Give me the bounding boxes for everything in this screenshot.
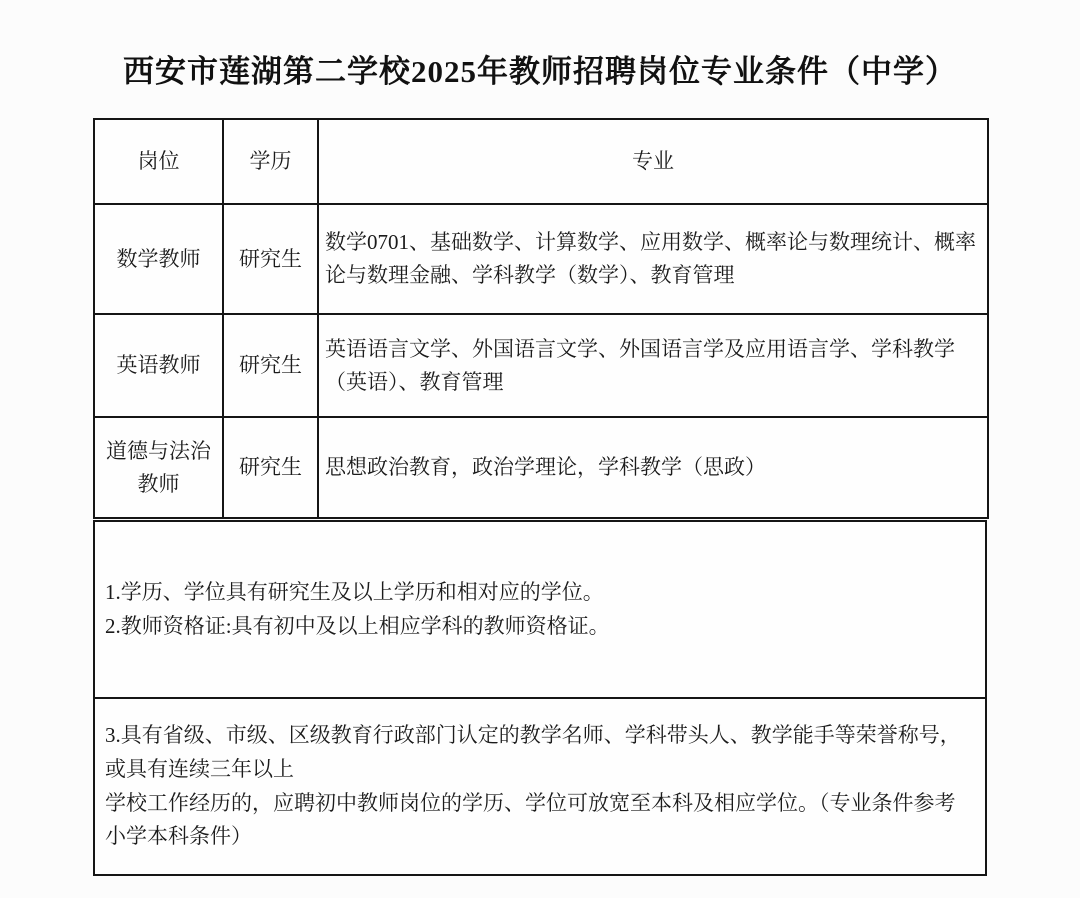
table-row: 英语教师 研究生 英语语言文学、外国语言文学、外国语言学及应用语言学、学科教学（… (94, 314, 988, 417)
page-title: 西安市莲湖第二学校2025年教师招聘岗位专业条件（中学） (0, 46, 1080, 91)
header-cell-position: 岗位 (94, 119, 223, 204)
table-row: 道德与法治教师 研究生 思想政治教育，政治学理论，学科教学（思政） (94, 417, 988, 518)
degree-cell: 研究生 (223, 314, 318, 417)
table-header-row: 岗位 学历 专业 (94, 119, 988, 204)
table-row: 数学教师 研究生 数学0701、基础数学、计算数学、应用数学、概率论与数理统计、… (94, 204, 988, 314)
major-cell: 英语语言文学、外国语言文学、外国语言学及应用语言学、学科教学（英语）、教育管理 (318, 314, 988, 417)
degree-cell: 研究生 (223, 204, 318, 314)
position-cell: 道德与法治教师 (94, 417, 223, 518)
header-cell-degree: 学历 (223, 119, 318, 204)
header-cell-major: 专业 (318, 119, 988, 204)
major-cell: 思想政治教育，政治学理论，学科教学（思政） (318, 417, 988, 518)
position-cell: 数学教师 (94, 204, 223, 314)
major-cell: 数学0701、基础数学、计算数学、应用数学、概率论与数理统计、概率论与数理金融、… (318, 204, 988, 314)
note-text: 1.学历、学位具有研究生及以上学历和相对应的学位。 2.教师资格证:具有初中及以… (105, 576, 610, 643)
note-block-relaxation: 3.具有省级、市级、区级教育行政部门认定的教学名师、学科带头人、教学能手等荣誉称… (95, 699, 985, 874)
degree-cell: 研究生 (223, 417, 318, 518)
notes-section: 1.学历、学位具有研究生及以上学历和相对应的学位。 2.教师资格证:具有初中及以… (93, 520, 987, 876)
position-cell: 英语教师 (94, 314, 223, 417)
note-block-qualifications: 1.学历、学位具有研究生及以上学历和相对应的学位。 2.教师资格证:具有初中及以… (95, 522, 985, 699)
recruitment-table: 岗位 学历 专业 数学教师 研究生 数学0701、基础数学、计算数学、应用数学、… (93, 118, 989, 519)
note-text: 3.具有省级、市级、区级教育行政部门认定的教学名师、学科带头人、教学能手等荣誉称… (105, 719, 975, 853)
